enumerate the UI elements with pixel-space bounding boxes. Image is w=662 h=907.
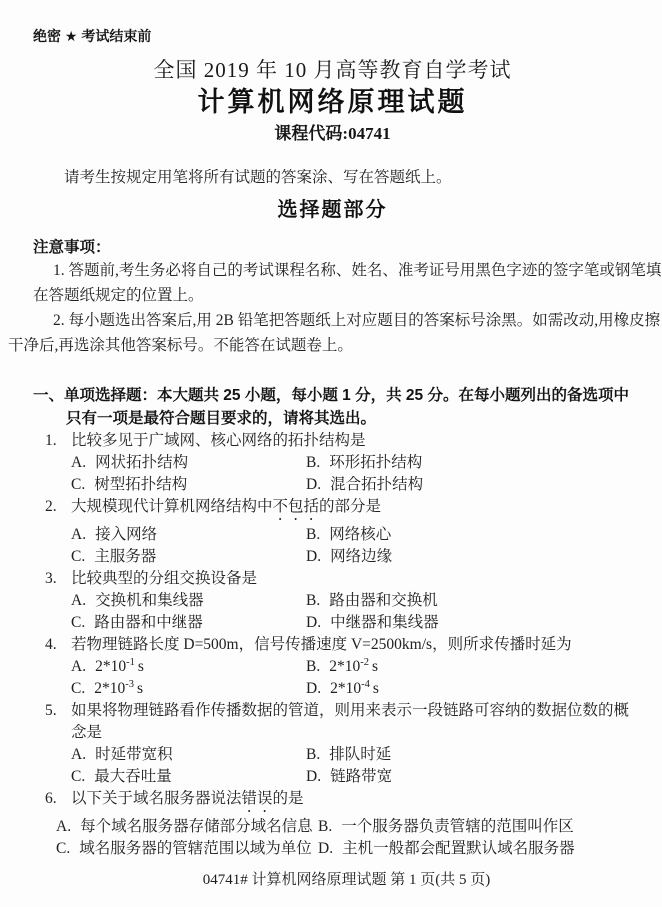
option-value: 2*10-4s <box>330 680 379 697</box>
option-b: B.排队时延 <box>306 744 632 766</box>
option-text: 路由器和中继器 <box>94 614 203 631</box>
exponent: -1 <box>126 657 135 668</box>
note-line: 2. 每小题选出答案后,用 2B 铅笔把答题纸上对应题目的答案标号涂黑。如需改动… <box>33 308 632 333</box>
option-text: 链路带宽 <box>330 768 392 785</box>
option-text: 混合拓扑结构 <box>330 476 423 493</box>
option-label: B. <box>306 454 320 471</box>
option-c: C.主服务器 <box>71 546 306 568</box>
question-stem: 2. 大规模现代计算机网络结构中不包括的部分是 <box>33 496 632 524</box>
option-text: 网络边缘 <box>330 548 392 565</box>
option-b: B.2*10-2s <box>306 656 632 678</box>
page-title: 计算机网络原理试题 <box>33 86 632 118</box>
question-text: 大规模现代计算机网络结构中不包括的部分是 <box>71 496 381 524</box>
option-label: A. <box>71 746 86 763</box>
option-c: C.2*10-3s <box>71 678 306 700</box>
option-text: 每个域名服务器存储部分域名信息 <box>80 818 313 835</box>
options-grid: A.网状拓扑结构 B.环形拓扑结构 C.树型拓扑结构 D.混合拓扑结构 <box>71 452 632 496</box>
option-label: B. <box>318 818 332 835</box>
option-label: A. <box>71 526 86 543</box>
question-2: 2. 大规模现代计算机网络结构中不包括的部分是 A.接入网络 B.网络核心 C.… <box>33 496 632 568</box>
option-value: 2*10-2s <box>329 658 378 675</box>
section-heading-line: 只有一项是最符合题目要求的，请将其选出。 <box>66 407 632 430</box>
option-d: D.链路带宽 <box>306 766 632 788</box>
option-c: C.最大吞吐量 <box>71 766 306 788</box>
option-label: C. <box>71 476 85 493</box>
option-c: C.树型拓扑结构 <box>71 474 306 496</box>
option-b: B.路由器和交换机 <box>306 590 632 612</box>
option-text: 一个服务器负责管辖的范围叫作区 <box>341 818 574 835</box>
question-stem: 6. 以下关于域名服务器说法错误的是 <box>33 788 632 816</box>
course-code: 课程代码:04741 <box>33 123 632 145</box>
option-d: D.主机一般都会配置默认域名服务器 <box>318 838 632 860</box>
option-a: A.2*10-1s <box>71 656 306 678</box>
part-heading: 选择题部分 <box>33 197 632 223</box>
option-a: A.交换机和集线器 <box>71 590 306 612</box>
option-text: 环形拓扑结构 <box>329 454 422 471</box>
notice-item-2: 2. 每小题选出答案后,用 2B 铅笔把答题纸上对应题目的答案标号涂黑。如需改动… <box>33 308 632 358</box>
section-heading: 一、单项选择题：本大题共 25 小题，每小题 1 分，共 25 分。在每小题列出… <box>33 384 632 430</box>
options-grid: A.2*10-1s B.2*10-2s C.2*10-3s D.2*10-4s <box>71 656 632 700</box>
exponent: -2 <box>360 657 369 668</box>
options-grid: A.每个域名服务器存储部分域名信息 B.一个服务器负责管辖的范围叫作区 C.域名… <box>56 816 632 860</box>
option-d: D.网络边缘 <box>306 546 632 568</box>
option-d: D.2*10-4s <box>306 678 632 700</box>
question-number: 1. <box>45 430 71 452</box>
question-text: 比较多见于广域网、核心网络的拓扑结构是 <box>71 430 366 452</box>
options-grid: A.交换机和集线器 B.路由器和交换机 C.路由器和中继器 D.中继器和集线器 <box>71 590 632 634</box>
classification-banner: 绝密 ★ 考试结束前 <box>33 28 632 44</box>
question-text: 比较典型的分组交换设备是 <box>71 568 257 590</box>
option-text: 中继器和集线器 <box>330 614 439 631</box>
option-label: A. <box>71 658 86 675</box>
question-4: 4. 若物理链路长度 D=500m，信号传播速度 V=2500km/s，则所求传… <box>33 634 632 700</box>
option-label: C. <box>71 614 85 631</box>
notice-item-1: 1. 答题前,考生务必将自己的考试课程名称、姓名、准考证号用黑色字迹的签字笔或钢… <box>33 258 632 308</box>
question-number: 5. <box>45 700 71 722</box>
option-a: A.时延带宽积 <box>71 744 306 766</box>
option-text: 网状拓扑结构 <box>95 454 188 471</box>
note-line: 在答题纸规定的位置上。 <box>33 283 632 308</box>
question-6: 6. 以下关于域名服务器说法错误的是 A.每个域名服务器存储部分域名信息 B.一… <box>33 788 632 860</box>
question-stem: 4. 若物理链路长度 D=500m，信号传播速度 V=2500km/s，则所求传… <box>33 634 632 656</box>
option-label: A. <box>56 818 71 835</box>
option-label: B. <box>306 526 320 543</box>
option-d: D.混合拓扑结构 <box>306 474 632 496</box>
question-text-continued: 念是 <box>71 722 632 744</box>
exponent: -3 <box>125 679 134 690</box>
option-a: A.接入网络 <box>71 524 306 546</box>
instruction-text: 请考生按规定用笔将所有试题的答案涂、写在答题纸上。 <box>33 167 632 189</box>
option-label: D. <box>306 768 321 785</box>
option-a: A.每个域名服务器存储部分域名信息 <box>56 816 318 838</box>
question-text: 如果将物理链路看作传播数据的管道，则用来表示一段链路可容纳的数据位数的概 <box>71 700 629 722</box>
question-stem: 5. 如果将物理链路看作传播数据的管道，则用来表示一段链路可容纳的数据位数的概 <box>33 700 632 722</box>
option-text: 排队时延 <box>329 746 391 763</box>
question-text: 以下关于域名服务器说法错误的是 <box>71 788 304 816</box>
emphasized-text: 不包括 <box>273 498 320 515</box>
option-label: D. <box>318 840 333 857</box>
option-label: B. <box>306 746 320 763</box>
option-text: 接入网络 <box>95 526 157 543</box>
question-stem: 3. 比较典型的分组交换设备是 <box>33 568 632 590</box>
exam-session-title: 全国 2019 年 10 月高等教育自学考试 <box>33 57 632 83</box>
option-text: 主服务器 <box>94 548 156 565</box>
notice-heading: 注意事项： <box>33 238 632 258</box>
exponent: -4 <box>361 679 370 690</box>
question-number: 4. <box>45 634 71 656</box>
option-label: A. <box>71 454 86 471</box>
exam-paper: 绝密 ★ 考试结束前 全国 2019 年 10 月高等教育自学考试 计算机网络原… <box>0 0 662 907</box>
option-text: 树型拓扑结构 <box>94 476 187 493</box>
option-label: C. <box>71 548 85 565</box>
question-3: 3. 比较典型的分组交换设备是 A.交换机和集线器 B.路由器和交换机 C.路由… <box>33 568 632 634</box>
option-label: C. <box>71 680 85 697</box>
option-label: B. <box>306 658 320 675</box>
option-text: 时延带宽积 <box>95 746 173 763</box>
option-c: C.路由器和中继器 <box>71 612 306 634</box>
option-text: 主机一般都会配置默认域名服务器 <box>342 840 575 857</box>
section-heading-line: 一、单项选择题：本大题共 25 小题，每小题 1 分，共 25 分。在每小题列出… <box>33 384 632 407</box>
option-b: B.环形拓扑结构 <box>306 452 632 474</box>
question-text: 若物理链路长度 D=500m，信号传播速度 V=2500km/s，则所求传播时延… <box>71 634 572 656</box>
question-1: 1. 比较多见于广域网、核心网络的拓扑结构是 A.网状拓扑结构 B.环形拓扑结构… <box>33 430 632 496</box>
option-c: C.域名服务器的管辖范围以域为单位 <box>56 838 318 860</box>
option-value: 2*10-3s <box>94 680 143 697</box>
option-text: 最大吞吐量 <box>94 768 172 785</box>
option-label: D. <box>306 680 321 697</box>
option-b: B.网络核心 <box>306 524 632 546</box>
option-value: 2*10-1s <box>95 658 144 675</box>
page-footer: 04741# 计算机网络原理试题 第 1 页(共 5 页) <box>47 870 646 890</box>
option-label: D. <box>306 548 321 565</box>
option-label: C. <box>71 768 85 785</box>
option-label: A. <box>71 592 86 609</box>
option-a: A.网状拓扑结构 <box>71 452 306 474</box>
question-number: 3. <box>45 568 71 590</box>
question-number: 6. <box>45 788 71 816</box>
option-text: 路由器和交换机 <box>329 592 438 609</box>
question-5: 5. 如果将物理链路看作传播数据的管道，则用来表示一段链路可容纳的数据位数的概 … <box>33 700 632 788</box>
note-line: 1. 答题前,考生务必将自己的考试课程名称、姓名、准考证号用黑色字迹的签字笔或钢… <box>33 258 632 283</box>
option-b: B.一个服务器负责管辖的范围叫作区 <box>318 816 632 838</box>
option-d: D.中继器和集线器 <box>306 612 632 634</box>
emphasized-text: 错误 <box>242 790 273 807</box>
option-label: B. <box>306 592 320 609</box>
option-text: 网络核心 <box>329 526 391 543</box>
question-number: 2. <box>45 496 71 524</box>
options-grid: A.接入网络 B.网络核心 C.主服务器 D.网络边缘 <box>71 524 632 568</box>
note-line: 干净后,再选涂其他答案标号。不能答在试题卷上。 <box>8 333 632 358</box>
option-text: 交换机和集线器 <box>95 592 204 609</box>
option-text: 域名服务器的管辖范围以域为单位 <box>79 840 312 857</box>
option-label: D. <box>306 476 321 493</box>
question-stem: 1. 比较多见于广域网、核心网络的拓扑结构是 <box>33 430 632 452</box>
option-label: D. <box>306 614 321 631</box>
option-label: C. <box>56 840 70 857</box>
options-grid: A.时延带宽积 B.排队时延 C.最大吞吐量 D.链路带宽 <box>71 744 632 788</box>
